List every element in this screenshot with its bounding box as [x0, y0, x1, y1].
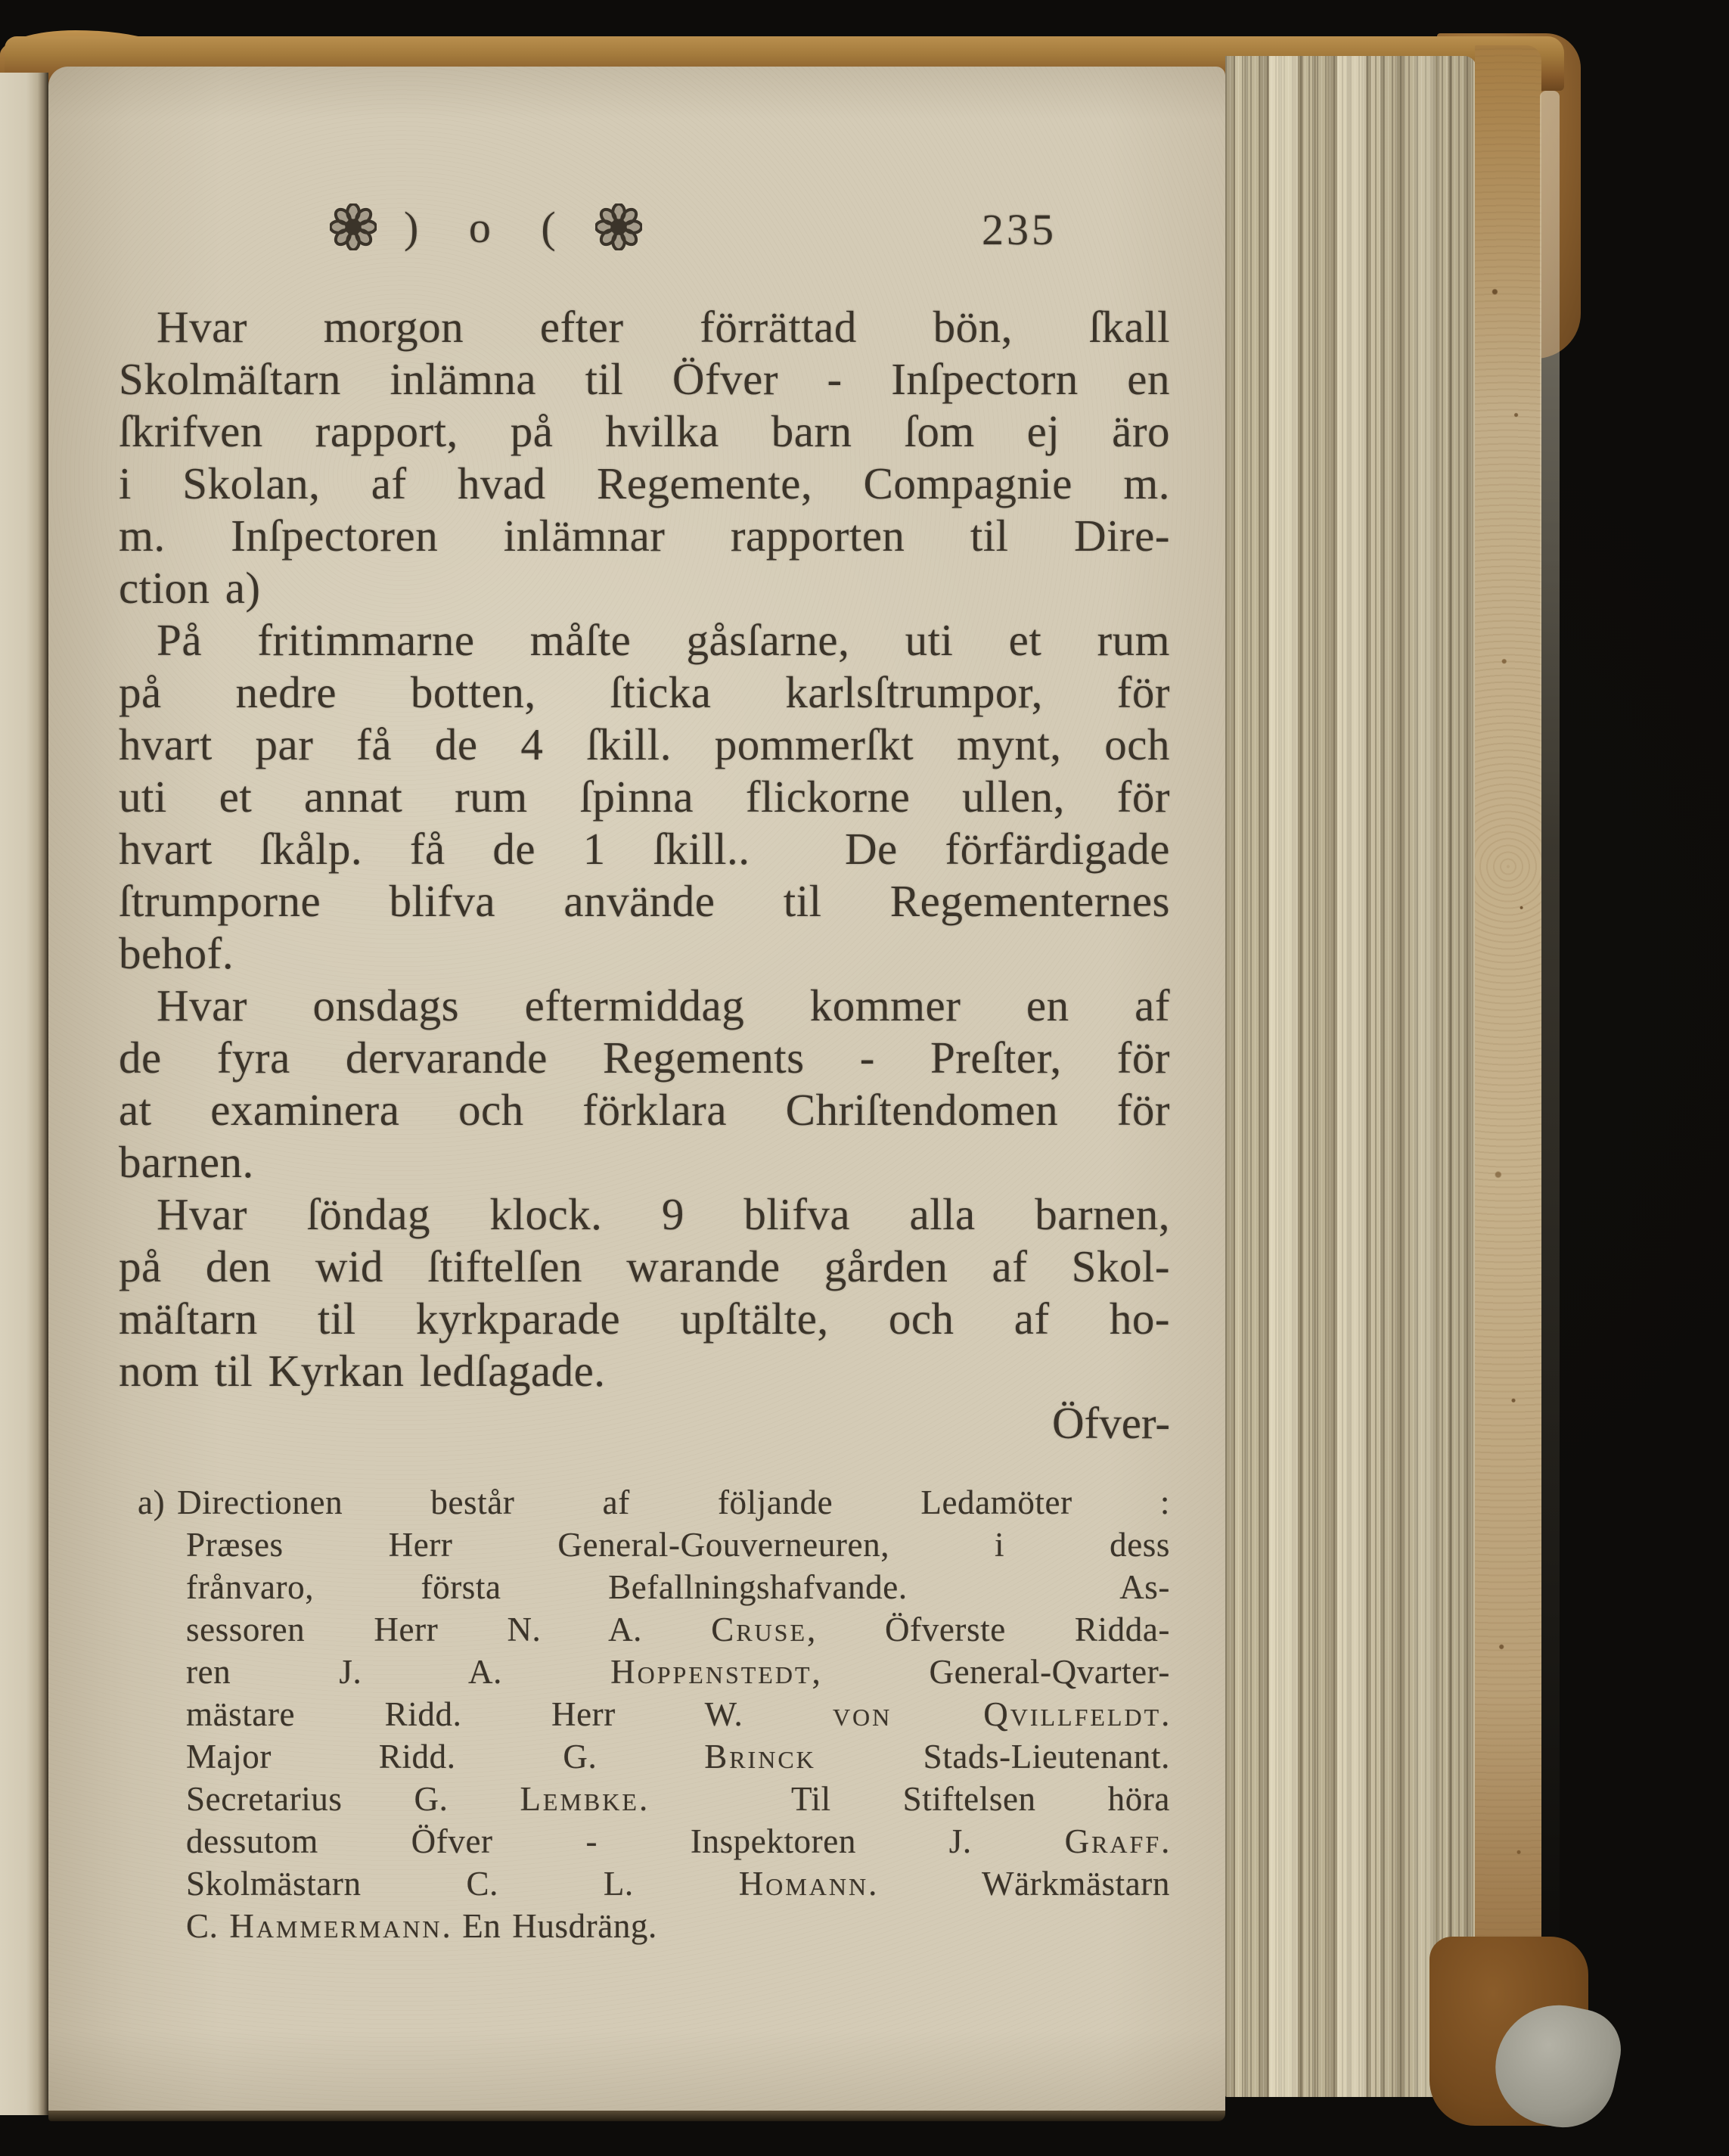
- footnote-line: Skolmästarn C. L. Homann. Wärkmästarn: [138, 1862, 1170, 1905]
- text-line: På fritimmarne måſte gåsſarne, uti et ru…: [119, 614, 1170, 666]
- text-line: ſkrifven rapport, på hvilka barn ſom ej …: [119, 405, 1170, 458]
- text-line: på nedre botten, ſticka karlsſtrumpor, f…: [119, 666, 1170, 719]
- footnote-line: a)Directionen består af följande Ledamöt…: [138, 1481, 1170, 1524]
- text-line: på den wid ſtiftelſen warande gården af …: [119, 1241, 1170, 1293]
- text-line: i Skolan, af hvad Regemente, Compagnie m…: [119, 458, 1170, 510]
- text-line: Hvar onsdags eftermiddag kommer en af: [119, 980, 1170, 1032]
- small-caps-name: Hoppenstedt: [610, 1653, 812, 1691]
- text-line: barnen.: [119, 1136, 1170, 1188]
- catchword: Öfver-: [119, 1397, 1170, 1449]
- text-line: hvart ſkålp. få de 1 ſkill.. De förfärdi…: [119, 823, 1170, 875]
- text-line: de fyra dervarande Regements - Preſter, …: [119, 1032, 1170, 1084]
- small-caps-name: von Qvillfeldt: [833, 1695, 1161, 1733]
- text-line: at examinera och förklara Chriſtendomen …: [119, 1084, 1170, 1136]
- small-caps-name: Brinck: [704, 1738, 816, 1775]
- small-caps-name: Cruse: [711, 1611, 807, 1648]
- text-line: ſtrumporne blifva använde til Regementer…: [119, 875, 1170, 927]
- fore-edge-page-stack: [1225, 56, 1476, 2097]
- text-line: uti et annat rum ſpinna flickorne ullen,…: [119, 771, 1170, 823]
- page-header: ) o ( 235: [48, 197, 1225, 257]
- footnote-line: Præses Herr General-Gouverneuren, i dess: [138, 1524, 1170, 1566]
- footnote-line: sessoren Herr N. A. Cruse, Öfverste Ridd…: [138, 1608, 1170, 1651]
- body-text: Hvar morgon efter förrättad bön, ſkallSk…: [119, 301, 1170, 1449]
- footnote-line: C. Hammermann. En Husdräng.: [138, 1905, 1170, 1947]
- text-line: hvart par få de 4 ſkill. pommerſkt mynt,…: [119, 719, 1170, 771]
- footnote-text: a)Directionen består af följande Ledamöt…: [138, 1481, 1170, 1947]
- printed-page-content: ) o ( 235 Hvar morgo: [48, 67, 1225, 2114]
- text-line: ction a): [119, 562, 1170, 614]
- header-ornament-cluster: ) o (: [330, 197, 642, 257]
- small-caps-name: Hammermann: [229, 1907, 442, 1945]
- text-line: behof.: [119, 927, 1170, 980]
- footnote-line: Secretarius G. Lembke. Til Stiftelsen hö…: [138, 1778, 1170, 1820]
- left-page-edge: [0, 73, 48, 2115]
- scanned-book-page-photo: ) o ( 235 Hvar morgo: [0, 0, 1729, 2156]
- small-caps-name: Graff: [1065, 1822, 1162, 1860]
- footnote-line: frånvaro, första Befallningshafvande. As…: [138, 1566, 1170, 1608]
- footnote-line: mästare Ridd. Herr W. von Qvillfeldt.: [138, 1693, 1170, 1735]
- text-line: nom til Kyrkan ledſagade.: [119, 1345, 1170, 1397]
- footnote-marker: a): [138, 1483, 165, 1521]
- text-line: Hvar ſöndag klock. 9 blifva alla barnen,: [119, 1188, 1170, 1241]
- small-caps-name: Lembke: [520, 1780, 639, 1818]
- florette-icon: [595, 203, 642, 250]
- header-divider: ) o (: [396, 202, 576, 253]
- board-edge-highlight: [1540, 91, 1560, 1982]
- book-cover-right-board-edge: [1475, 45, 1541, 2099]
- text-line: Skolmäſtarn inlämna til Öfver - Inſpecto…: [119, 353, 1170, 405]
- text-line: m. Inſpectoren inlämnar rapporten til Di…: [119, 510, 1170, 562]
- footnote-line: Major Ridd. G. Brinck Stads-Lieutenant.: [138, 1735, 1170, 1778]
- footnote-line: ren J. A. Hoppenstedt, General-Qvarter-: [138, 1651, 1170, 1693]
- footnote-line: dessutom Öfver - Inspektoren J. Graff.: [138, 1820, 1170, 1862]
- text-line: mäſtarn til kyrkparade upſtälte, och af …: [119, 1293, 1170, 1345]
- text-line: Hvar morgon efter förrättad bön, ſkall: [119, 301, 1170, 353]
- page-number: 235: [982, 204, 1057, 255]
- florette-icon: [330, 203, 377, 250]
- small-caps-name: Homann: [739, 1865, 868, 1903]
